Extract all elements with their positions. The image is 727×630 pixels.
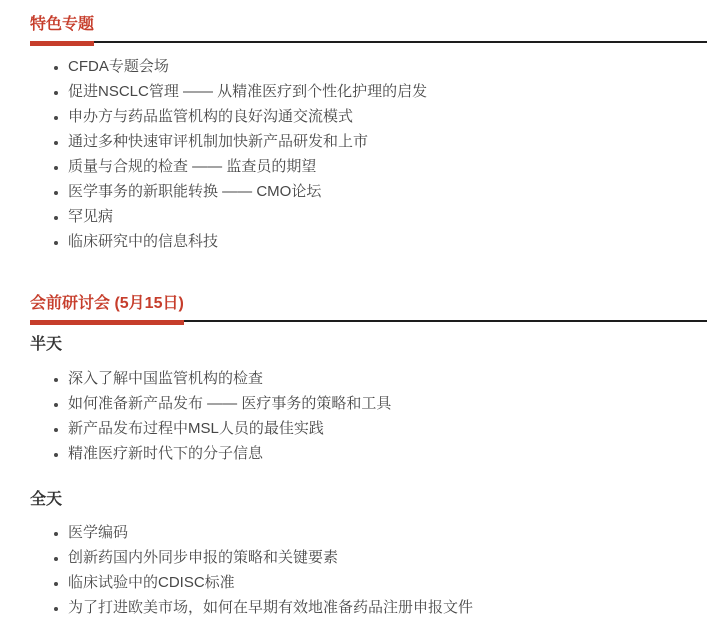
list-item: 促进NSCLC管理 —— 从精准医疗到个性化护理的启发	[68, 79, 707, 104]
list-item: CFDA专题会场	[68, 54, 707, 79]
list-item: 申办方与药品监管机构的良好沟通交流模式	[68, 104, 707, 129]
conference-program-page: 特色专题 CFDA专题会场 促进NSCLC管理 —— 从精准医疗到个性化护理的启…	[0, 0, 727, 630]
list-item: 质量与合规的检查 —— 监查员的期望	[68, 154, 707, 179]
featured-topics-title: 特色专题	[30, 15, 94, 34]
half-day-list: 深入了解中国监管机构的检查 如何准备新产品发布 —— 医疗事务的策略和工具 新产…	[30, 366, 707, 466]
list-item: 医学事务的新职能转换 —— CMO论坛	[68, 179, 707, 204]
list-item: 医学编码	[68, 520, 707, 545]
list-item: 通过多种快速审评机制加快新产品研发和上市	[68, 129, 707, 154]
subsection-title-half-day: 半天	[30, 335, 707, 354]
list-item: 深入了解中国监管机构的检查	[68, 366, 707, 391]
list-item: 精准医疗新时代下的分子信息	[68, 441, 707, 466]
featured-topics-list: CFDA专题会场 促进NSCLC管理 —— 从精准医疗到个性化护理的启发 申办方…	[30, 54, 707, 254]
section-featured-topics: 特色专题 CFDA专题会场 促进NSCLC管理 —— 从精准医疗到个性化护理的启…	[30, 15, 707, 254]
full-day-list: 医学编码 创新药国内外同步申报的策略和关键要素 临床试验中的CDISC标准 为了…	[30, 520, 707, 620]
featured-topics-heading: 特色专题	[30, 15, 707, 43]
list-item: 创新药国内外同步申报的策略和关键要素	[68, 545, 707, 570]
list-item: 临床研究中的信息科技	[68, 229, 707, 254]
section-preconference-workshops: 会前研讨会 (5月15日) 半天 深入了解中国监管机构的检查 如何准备新产品发布…	[30, 294, 707, 620]
list-item: 罕见病	[68, 204, 707, 229]
preconference-heading: 会前研讨会 (5月15日)	[30, 294, 707, 322]
list-item: 如何准备新产品发布 —— 医疗事务的策略和工具	[68, 391, 707, 416]
subsection-title-full-day: 全天	[30, 490, 707, 509]
preconference-title: 会前研讨会 (5月15日)	[30, 294, 184, 313]
list-item: 新产品发布过程中MSL人员的最佳实践	[68, 416, 707, 441]
list-item: 为了打进欧美市场，如何在早期有效地准备药品注册申报文件	[68, 595, 707, 620]
list-item: 临床试验中的CDISC标准	[68, 570, 707, 595]
